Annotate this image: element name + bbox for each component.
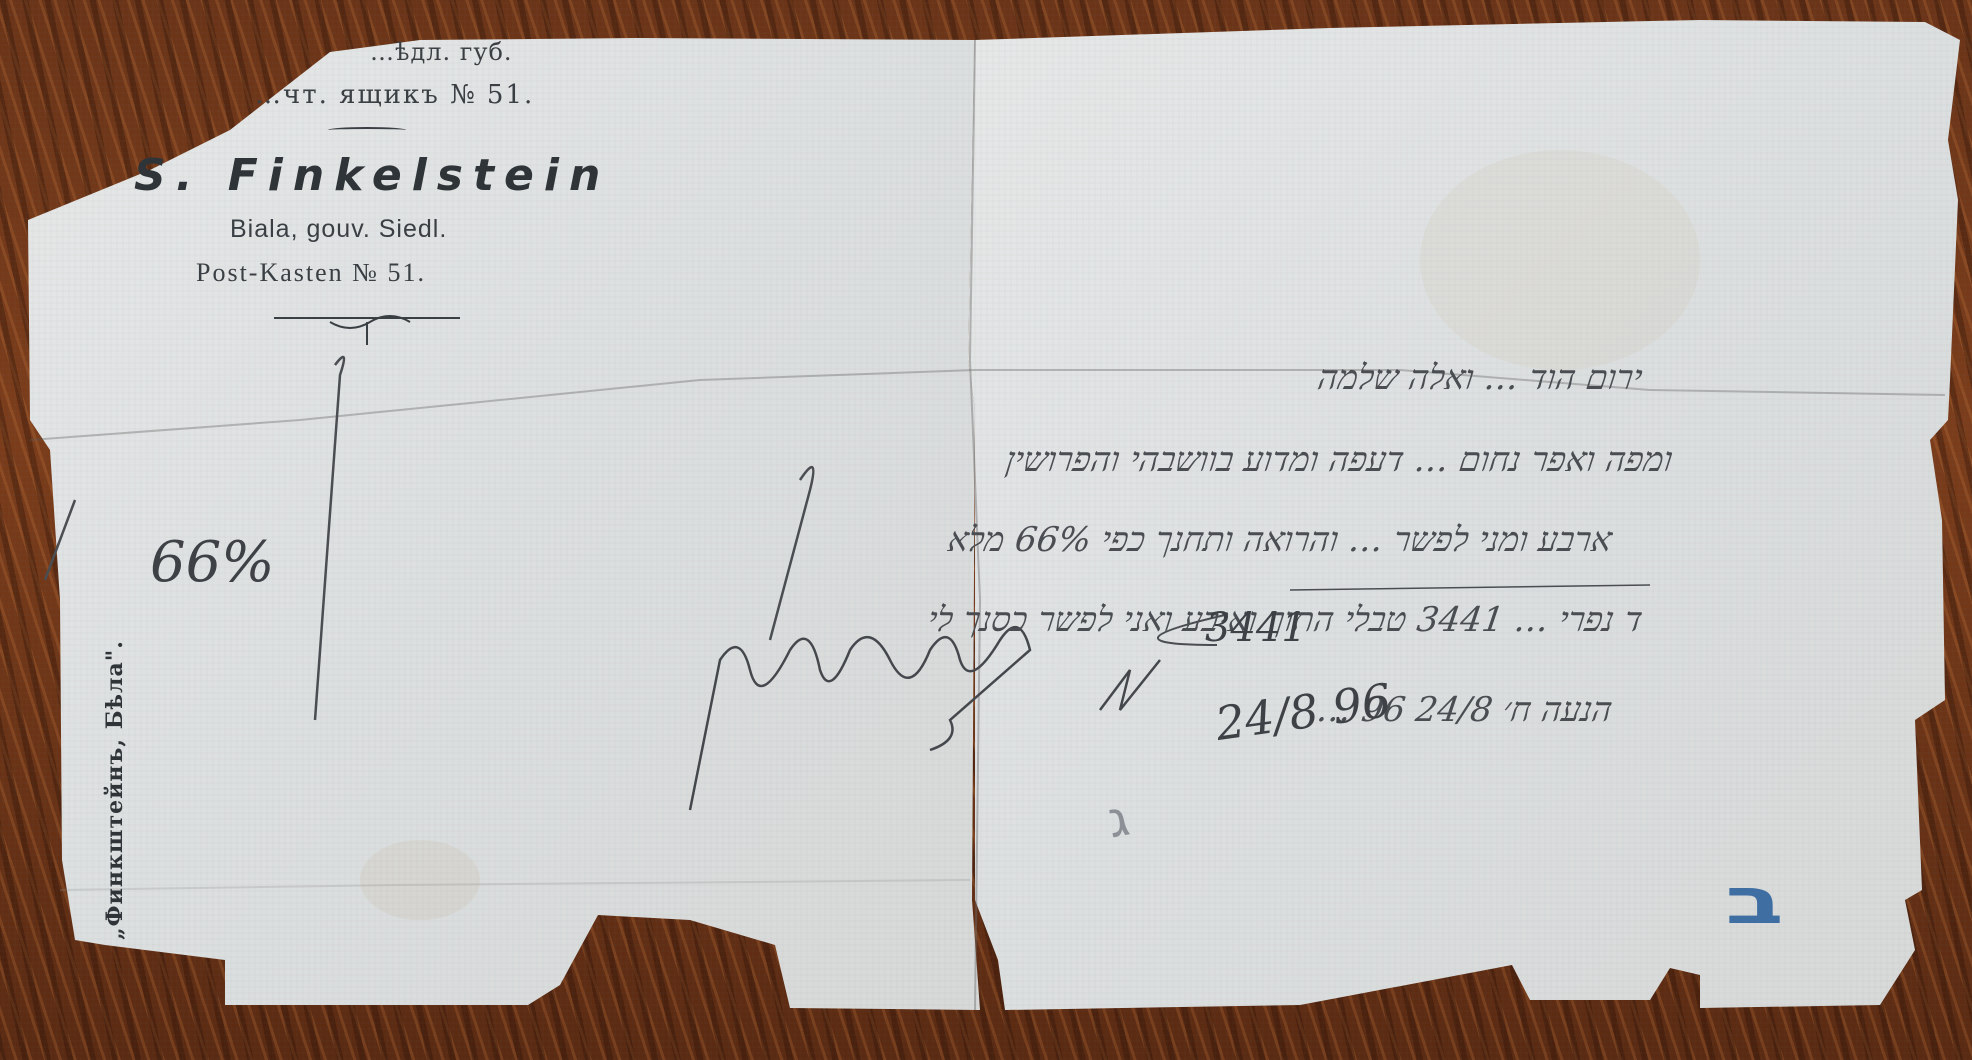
letterhead-vertical-margin-text: „Финкштейнъ, Бѣла".: [102, 640, 128, 940]
handwriting-line-1: ירום הוד … ואלה שלמה: [1315, 358, 1645, 398]
handwriting-line-3: ארבע ומני לפשר … והרואה ותחנך כפי 66% מל…: [946, 520, 1615, 560]
letterhead-postbox: Post-Kasten № 51.: [196, 258, 426, 288]
handwriting-line-2: ומפה ואפר נחום … דעפה ומדוע בוושבהי והפר…: [1003, 440, 1675, 480]
handwritten-percent: 66%: [150, 530, 274, 595]
letterhead-divider: [328, 127, 406, 133]
letterhead-russian-postbox: …чт. ящикъ № 51.: [255, 80, 534, 110]
letterhead-russian-province: …ѣдл. губ.: [370, 38, 513, 66]
document-sheet: …ѣдл. губ. …чт. ящикъ № 51. S. Finkelste…: [0, 0, 1972, 1060]
handwritten-amount: 3441: [1205, 605, 1307, 651]
letterhead-city: Biala, gouv. Siedl.: [230, 215, 447, 244]
letterhead-company-name: S. Finkelstein: [134, 150, 610, 201]
blue-pencil-mark: ב: [1725, 865, 1784, 939]
